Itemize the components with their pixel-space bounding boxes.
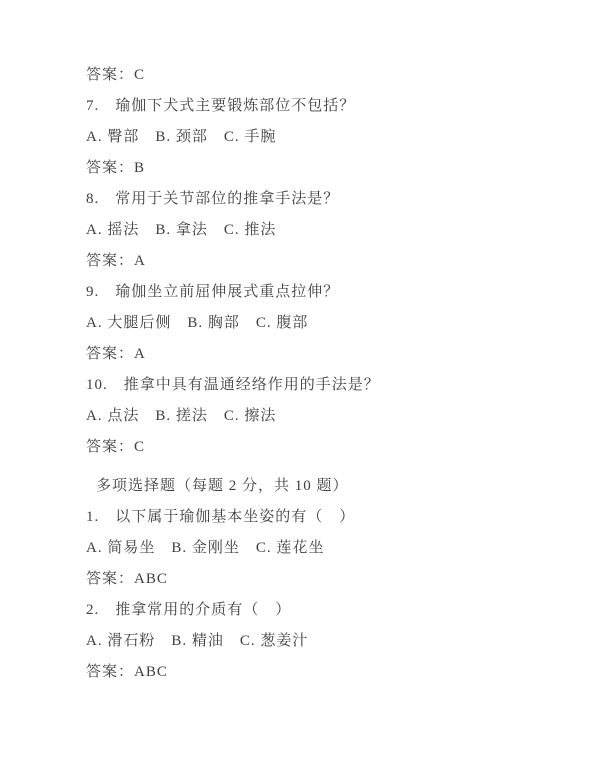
answer-line: 答案：C xyxy=(86,68,560,83)
answer-line: 答案：B xyxy=(86,161,560,176)
single-choice-section: 7. 瑜伽下犬式主要锻炼部位不包括？ A. 臀部 B. 颈部 C. 手腕 答案：… xyxy=(86,99,560,455)
document-page: 答案：C 7. 瑜伽下犬式主要锻炼部位不包括？ A. 臀部 B. 颈部 C. 手… xyxy=(0,0,600,776)
question-line: 2. 推拿常用的介质有（ ） xyxy=(86,603,560,618)
question-line: 9. 瑜伽坐立前屈伸展式重点拉伸？ xyxy=(86,285,560,300)
options-line: A. 大腿后侧 B. 胸部 C. 腹部 xyxy=(86,316,560,331)
answer-line: 答案：A xyxy=(86,254,560,269)
options-line: A. 点法 B. 搓法 C. 擦法 xyxy=(86,409,560,424)
answer-line: 答案：A xyxy=(86,347,560,362)
question-line: 1. 以下属于瑜伽基本坐姿的有（ ） xyxy=(86,510,560,525)
answer-line: 答案：C xyxy=(86,440,560,455)
multiple-choice-section: 多项选择题（每题 2 分，共 10 题） 1. 以下属于瑜伽基本坐姿的有（ ） … xyxy=(86,479,560,680)
question-line: 10. 推拿中具有温通经络作用的手法是？ xyxy=(86,378,560,393)
options-line: A. 摇法 B. 拿法 C. 推法 xyxy=(86,223,560,238)
answer-line: 答案：ABC xyxy=(86,572,560,587)
question-line: 7. 瑜伽下犬式主要锻炼部位不包括？ xyxy=(86,99,560,114)
section-heading: 多项选择题（每题 2 分，共 10 题） xyxy=(86,479,560,494)
question-line: 8. 常用于关节部位的推拿手法是？ xyxy=(86,192,560,207)
answer-line: 答案：ABC xyxy=(86,665,560,680)
options-line: A. 臀部 B. 颈部 C. 手腕 xyxy=(86,130,560,145)
options-line: A. 简易坐 B. 金刚坐 C. 莲花坐 xyxy=(86,541,560,556)
options-line: A. 滑石粉 B. 精油 C. 葱姜汁 xyxy=(86,634,560,649)
